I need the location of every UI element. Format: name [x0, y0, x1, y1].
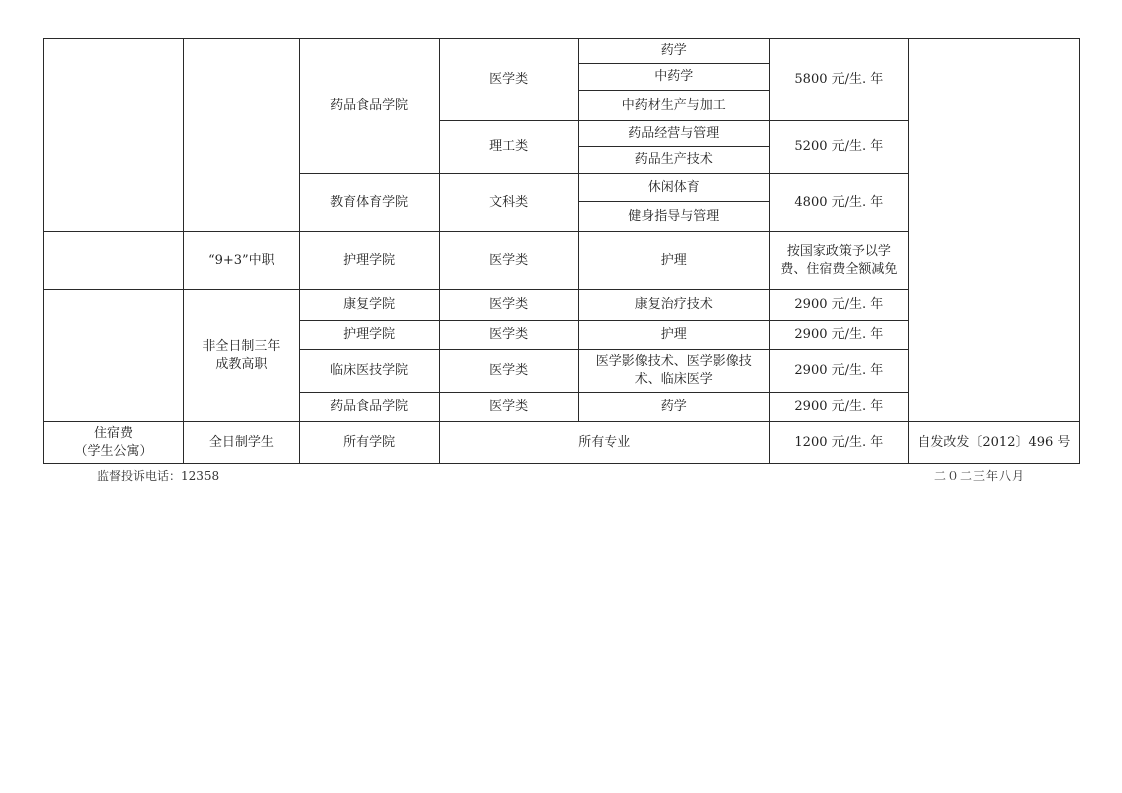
fee-item-cell [44, 232, 184, 290]
fee-cell: 2900 元/生. 年 [769, 350, 908, 393]
fee-cell: 5800 元/生. 年 [769, 39, 908, 121]
fee-item-cell [44, 39, 184, 232]
fee-cell: 2900 元/生. 年 [769, 290, 908, 321]
major-cell: 休闲体育 [578, 174, 769, 202]
college-cell: 药品食品学院 [299, 39, 439, 174]
fee-cell: 1200 元/生. 年 [769, 422, 908, 464]
program-text-line: 非全日制三年 [186, 338, 297, 356]
category-cell: 医学类 [439, 290, 578, 321]
category-cell: 医学类 [439, 321, 578, 350]
fee-item-cell: 住宿费 （学生公寓） [44, 422, 184, 464]
fee-cell: 按国家政策予以学 费、住宿费全额减免 [769, 232, 908, 290]
college-cell: 所有学院 [299, 422, 439, 464]
college-cell: 护理学院 [299, 232, 439, 290]
college-cell: 临床医技学院 [299, 350, 439, 393]
major-text-line: 医学影像技术、医学影像技 [581, 353, 767, 371]
major-cell: 中药材生产与加工 [578, 91, 769, 121]
basis-cell [908, 39, 1079, 422]
college-cell: 教育体育学院 [299, 174, 439, 232]
major-cell: 药品经营与管理 [578, 121, 769, 147]
fee-cell: 2900 元/生. 年 [769, 321, 908, 350]
major-cell: 药学 [578, 39, 769, 64]
table-row: 药品食品学院 医学类 药学 5800 元/生. 年 [44, 39, 1080, 64]
category-cell: 医学类 [439, 232, 578, 290]
major-cell: 康复治疗技术 [578, 290, 769, 321]
fee-table: 药品食品学院 医学类 药学 5800 元/生. 年 中药学 中药材生产与加工 理… [43, 38, 1080, 464]
category-cell: 医学类 [439, 393, 578, 422]
complaint-phone: 监督投诉电话：12358 [97, 467, 219, 484]
basis-cell: 自发改发〔2012〕496 号 [908, 422, 1079, 464]
fee-text-line: 按国家政策予以学 [772, 243, 906, 261]
document-date: 二０二三年八月 [934, 467, 1025, 484]
fee-item-text-line: （学生公寓） [46, 443, 181, 461]
college-cell: 康复学院 [299, 290, 439, 321]
fee-cell: 2900 元/生. 年 [769, 393, 908, 422]
program-cell: 非全日制三年 成教高职 [183, 290, 299, 422]
college-cell: 药品食品学院 [299, 393, 439, 422]
fee-cell: 4800 元/生. 年 [769, 174, 908, 232]
category-cell: 理工类 [439, 121, 578, 174]
fee-text-line: 费、住宿费全额减免 [772, 261, 906, 279]
category-cell: 医学类 [439, 350, 578, 393]
major-cell: 健身指导与管理 [578, 202, 769, 232]
major-text-line: 术、临床医学 [581, 371, 767, 389]
major-cell: 医学影像技术、医学影像技 术、临床医学 [578, 350, 769, 393]
program-cell: 全日制学生 [183, 422, 299, 464]
table-row: 住宿费 （学生公寓） 全日制学生 所有学院 所有专业 1200 元/生. 年 自… [44, 422, 1080, 464]
major-cell: 所有专业 [439, 422, 769, 464]
major-cell: 护理 [578, 321, 769, 350]
program-text-line: 成教高职 [186, 356, 297, 374]
category-cell: 文科类 [439, 174, 578, 232]
program-cell: “9+3”中职 [183, 232, 299, 290]
category-cell: 医学类 [439, 39, 578, 121]
major-cell: 中药学 [578, 64, 769, 91]
major-cell: 护理 [578, 232, 769, 290]
program-cell [183, 39, 299, 232]
fee-item-cell [44, 290, 184, 422]
major-cell: 药学 [578, 393, 769, 422]
fee-item-text-line: 住宿费 [46, 425, 181, 443]
college-cell: 护理学院 [299, 321, 439, 350]
major-cell: 药品生产技术 [578, 147, 769, 174]
fee-cell: 5200 元/生. 年 [769, 121, 908, 174]
